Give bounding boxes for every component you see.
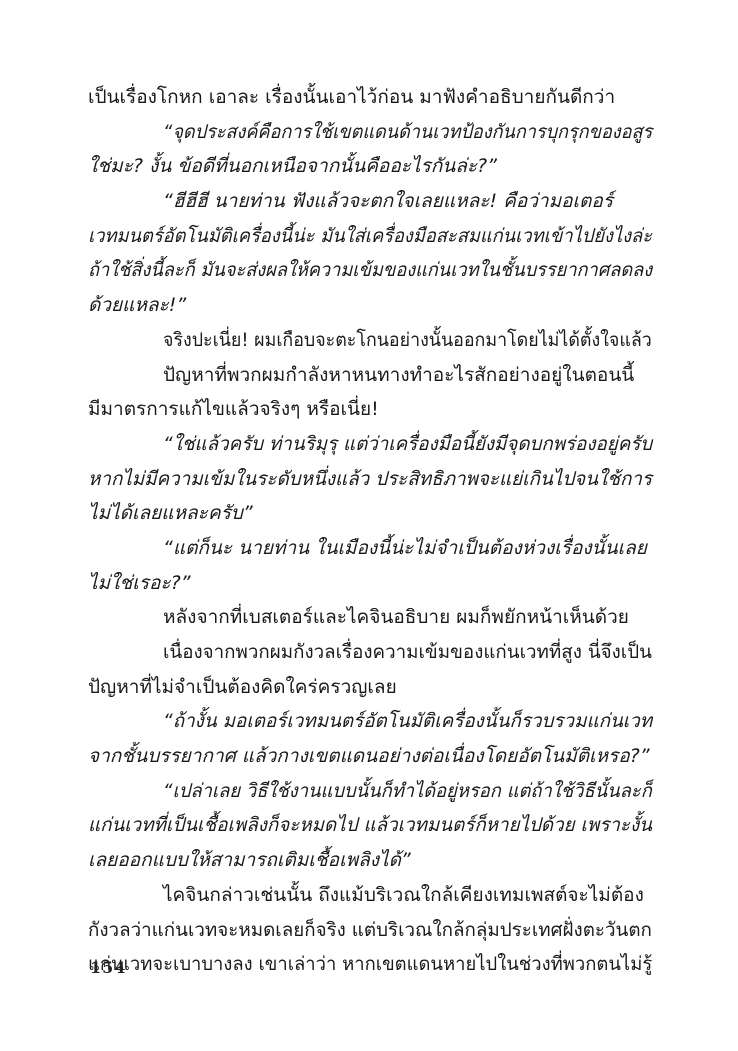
text-line: ปัญหาที่พวกผมกำลังหาหนทางทำอะไรสักอย่างอ…: [88, 358, 652, 393]
book-page: เป็นเรื่องโกหก เอาละ เรื่องนั้นเอาไว้ก่อ…: [0, 0, 738, 1051]
text-line: จริงปะเนี่ย! ผมเกือบจะตะโกนอย่างนั้นออกม…: [88, 323, 652, 358]
text-line: “เปล่าเลย วิธีใช้งานแบบนั้นก็ทำได้อยู่หร…: [88, 774, 652, 809]
text-line: “ฮีฮีฮี นายท่าน ฟังแล้วจะตกใจเลยแหละ! คื…: [88, 184, 652, 219]
text-line: เป็นเรื่องโกหก เอาละ เรื่องนั้นเอาไว้ก่อ…: [88, 80, 652, 115]
text-line: ไม่ได้เลยแหละครับ”: [88, 496, 652, 531]
text-line: แก่นเวทจะเบาบางลง เขาเล่าว่า หากเขตแดนหา…: [88, 947, 652, 982]
text-line: ถ้าใช้สิ่งนี้ละก็ มันจะส่งผลให้ความเข้มข…: [88, 253, 652, 288]
text-line: เนื่องจากพวกผมกังวลเรื่องความเข้มของแก่น…: [88, 635, 652, 670]
page-number: 154: [90, 958, 126, 977]
text-line: หากไม่มีความเข้มในระดับหนึ่งแล้ว ประสิทธ…: [88, 462, 652, 497]
body-text: เป็นเรื่องโกหก เอาละ เรื่องนั้นเอาไว้ก่อ…: [88, 80, 652, 982]
text-line: ด้วยแหละ!”: [88, 288, 652, 323]
text-line: มีมาตรการแก้ไขแล้วจริงๆ หรือเนี่ย!: [88, 392, 652, 427]
text-line: ใช่มะ? งั้น ข้อดีที่นอกเหนือจากนั้นคืออะ…: [88, 149, 652, 184]
text-line: เวทมนตร์อัตโนมัติเครื่องนี้น่ะ มันใส่เคร…: [88, 219, 652, 254]
text-line: ไคจินกล่าวเช่นนั้น ถึงแม้บริเวณใกล้เคียง…: [88, 878, 652, 913]
text-line: “แต่ก็นะ นายท่าน ในเมืองนี้น่ะไม่จำเป็นต…: [88, 531, 652, 566]
text-line: “ถ้างั้น มอเตอร์เวทมนตร์อัตโนมัติเครื่อง…: [88, 704, 652, 739]
text-line: เลยออกแบบให้สามารถเติมเชื้อเพลิงได้”: [88, 843, 652, 878]
text-line: แก่นเวทที่เป็นเชื้อเพลิงก็จะหมดไป แล้วเว…: [88, 808, 652, 843]
text-line: “จุดประสงค์คือการใช้เขตแดนด้านเวทป้องกัน…: [88, 115, 652, 150]
text-line: จากชั้นบรรยากาศ แล้วกางเขตแดนอย่างต่อเนื…: [88, 739, 652, 774]
text-line: ปัญหาที่ไม่จำเป็นต้องคิดใคร่ครวญเลย: [88, 670, 652, 705]
text-line: “ใช่แล้วครับ ท่านริมุรุ แต่ว่าเครื่องมือ…: [88, 427, 652, 462]
text-line: กังวลว่าแก่นเวทจะหมดเลยก็จริง แต่บริเวณใ…: [88, 913, 652, 948]
text-line: ไม่ใช่เรอะ?”: [88, 566, 652, 601]
text-line: หลังจากที่เบสเตอร์และไคจินอธิบาย ผมก็พยั…: [88, 600, 652, 635]
